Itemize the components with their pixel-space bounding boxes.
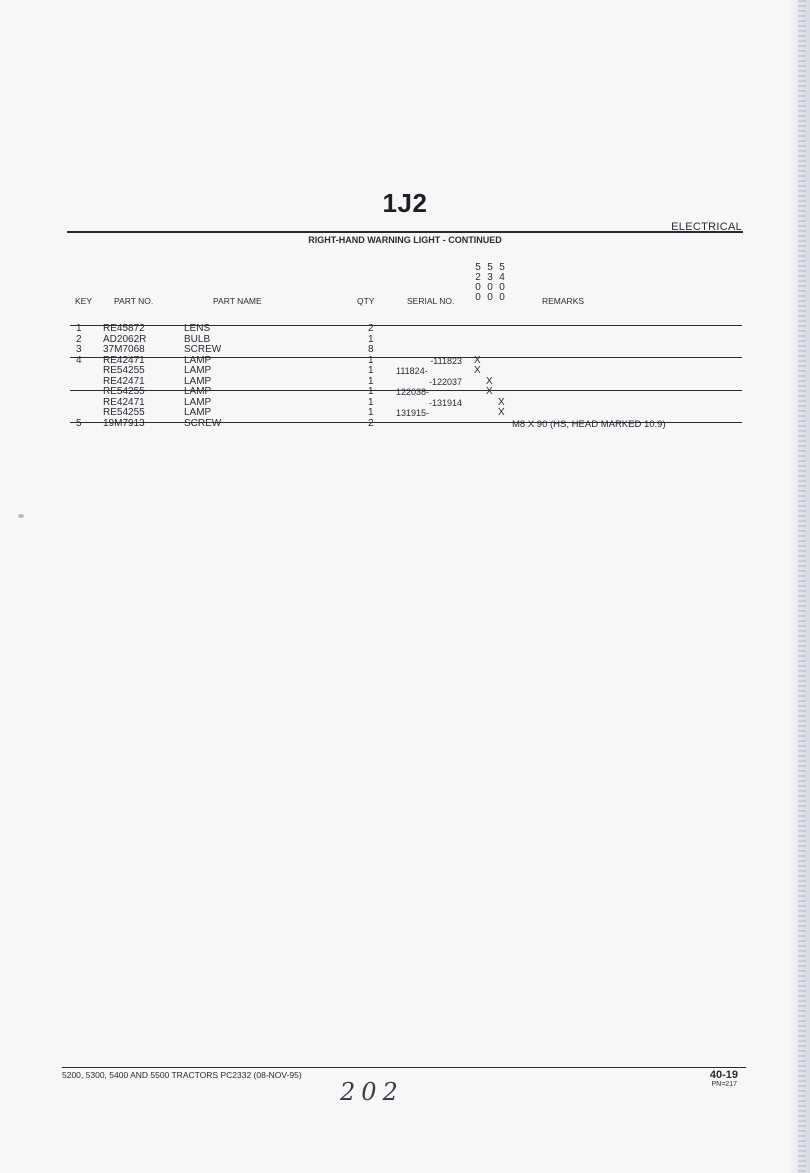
row-part-name: LAMP bbox=[184, 387, 211, 398]
header-rule bbox=[67, 231, 743, 233]
group-divider bbox=[70, 325, 742, 326]
col-header-key: KEY bbox=[75, 296, 92, 306]
row-part-no: RE54255 bbox=[103, 387, 145, 398]
col-header-qty: QTY bbox=[357, 296, 374, 306]
row-part-name: LAMP bbox=[184, 408, 211, 419]
row-qty: 1 bbox=[368, 366, 374, 377]
model-applicability-mark: X bbox=[474, 366, 481, 377]
model-applicability-mark: X bbox=[486, 387, 493, 398]
row-part-name: LAMP bbox=[184, 366, 211, 377]
col-header-part-name: PART NAME bbox=[213, 296, 262, 306]
row-serial-from: 122038- bbox=[396, 387, 429, 398]
section-subtitle: RIGHT-HAND WARNING LIGHT - CONTINUED bbox=[0, 235, 810, 245]
row-qty: 1 bbox=[368, 387, 374, 398]
page-number: 40-19 bbox=[710, 1069, 738, 1081]
row-key: 3 bbox=[76, 345, 82, 356]
row-part-no: RE54255 bbox=[103, 408, 145, 419]
pn-number: PN=217 bbox=[712, 1081, 738, 1088]
row-serial-to: -122037 bbox=[382, 377, 462, 388]
row-part-no: 37M7068 bbox=[103, 345, 145, 356]
footer-rule bbox=[62, 1067, 746, 1068]
scan-edge-artifact bbox=[788, 0, 810, 1173]
publication-info: 5200, 5300, 5400 AND 5500 TRACTORS PC233… bbox=[62, 1070, 302, 1080]
row-serial-to: -131914 bbox=[382, 398, 462, 409]
section-id: 1J2 bbox=[0, 188, 810, 219]
row-serial-from: 131915- bbox=[396, 408, 429, 419]
row-qty: 2 bbox=[368, 419, 374, 430]
handwritten-page-number: 202 bbox=[340, 1078, 404, 1106]
model-header-5300: 5300 bbox=[486, 263, 494, 303]
row-qty: 1 bbox=[368, 408, 374, 419]
row-key: 5 bbox=[76, 419, 82, 430]
row-qty: 8 bbox=[368, 345, 374, 356]
row-part-no: RE54255 bbox=[103, 366, 145, 377]
model-header-5200: 5200 bbox=[474, 263, 482, 303]
row-part-no: 19M7913 bbox=[103, 419, 145, 430]
col-header-part-no: PART NO. bbox=[114, 296, 153, 306]
group-divider bbox=[70, 422, 742, 423]
col-header-serial-no: SERIAL NO. bbox=[407, 296, 454, 306]
row-part-name: SCREW bbox=[184, 419, 221, 430]
row-serial-from: 111824- bbox=[396, 366, 428, 377]
model-applicability-mark: X bbox=[498, 408, 505, 419]
scan-speck bbox=[18, 514, 24, 518]
group-divider bbox=[70, 357, 742, 358]
col-header-remarks: REMARKS bbox=[542, 296, 584, 306]
model-header-5400: 5400 bbox=[498, 263, 506, 303]
row-part-name: SCREW bbox=[184, 345, 221, 356]
group-divider bbox=[70, 390, 742, 391]
